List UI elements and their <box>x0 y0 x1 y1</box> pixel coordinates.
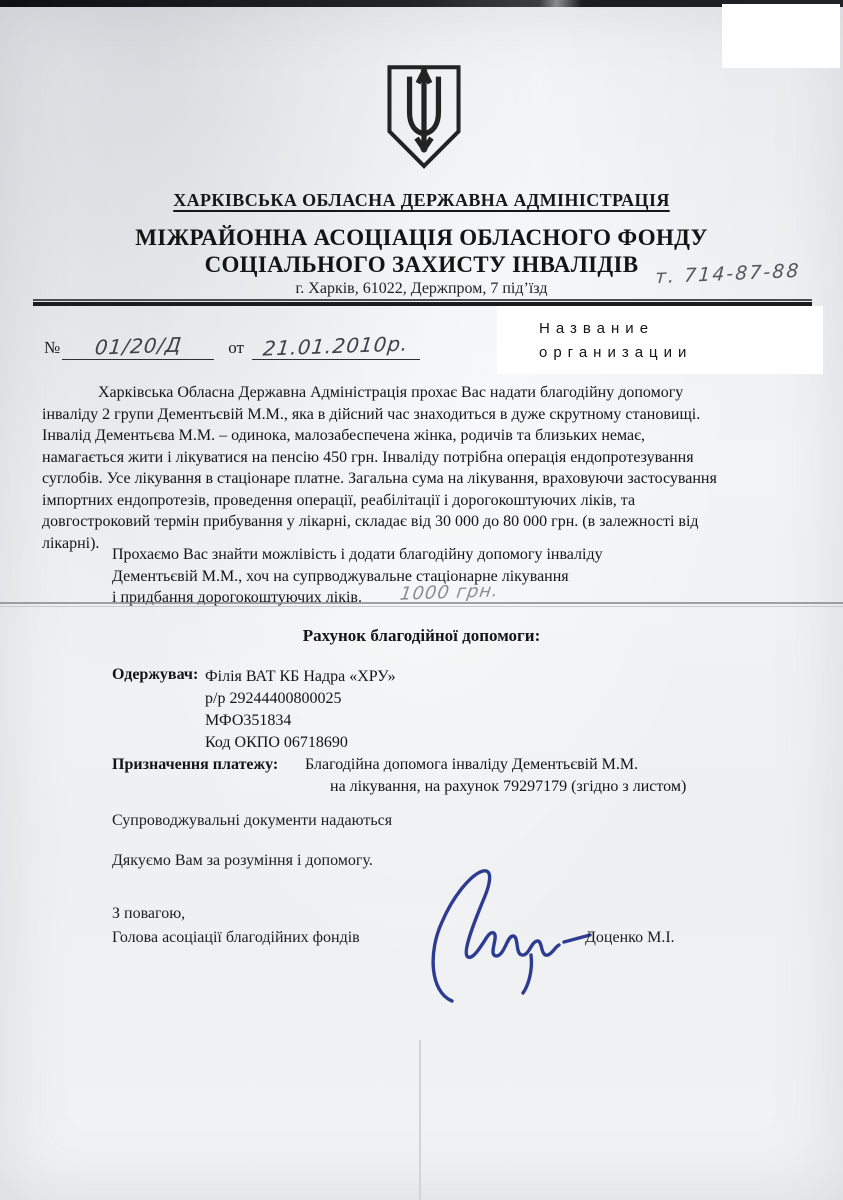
payment-purpose-line1: Благодійна допомога інваліду Дементьєвій… <box>305 756 638 774</box>
signer-title: Голова асоціації благодійних фондів <box>112 929 360 947</box>
association-name-line1: МІЖРАЙОННА АСОЦІАЦІЯ ОБЛАСНОГО ФОНДУ <box>0 225 843 251</box>
header-rule-thin <box>33 299 812 301</box>
scan-edge-band <box>0 0 843 7</box>
ink-signature-icon <box>412 866 597 1011</box>
fold-crease-vertical <box>419 1040 421 1200</box>
org-name-overlay-box: Название организации <box>497 306 823 374</box>
recipient-label: Одержувач: <box>112 666 198 684</box>
body-paragraph-1: Харківська Обласна Державна Адміністраці… <box>42 382 817 554</box>
org-overlay-line1: Название <box>539 317 823 341</box>
ukraine-trident-emblem-icon <box>383 64 465 170</box>
payment-purpose-line2: на лікування, на рахунок 79297179 (згідн… <box>330 778 686 796</box>
ref-number-label: № <box>44 338 60 360</box>
org-overlay-line2: организации <box>539 341 823 365</box>
ref-date-field: 21.01.2010р. <box>252 334 420 360</box>
signer-name: Доценко М.І. <box>585 929 675 947</box>
reference-line: № 01/20/Д от 21.01.2010р. <box>44 334 420 360</box>
closing-regards: З повагою, <box>112 905 185 923</box>
account-section-title: Рахунок благодійної допомоги: <box>0 626 843 646</box>
fold-crease-horizontal-echo <box>0 606 843 607</box>
accompanying-docs-note: Супроводжувальні документи надаються <box>112 812 392 830</box>
redaction-box-top-right <box>722 4 840 68</box>
ref-number-field: 01/20/Д <box>62 334 214 360</box>
fold-crease-horizontal <box>0 602 843 604</box>
ref-date-label: от <box>228 338 244 360</box>
handwritten-ref-number: 01/20/Д <box>93 332 182 359</box>
org-header-title: ХАРКІВСЬКА ОБЛАСНА ДЕРЖАВНА АДМІНІСТРАЦІ… <box>0 190 843 211</box>
scanned-letter-page: ХАРКІВСЬКА ОБЛАСНА ДЕРЖАВНА АДМІНІСТРАЦІ… <box>0 0 843 1200</box>
thanks-note: Дякуємо Вам за розуміння і допомогу. <box>112 852 373 870</box>
handwritten-ref-date: 21.01.2010р. <box>262 331 410 360</box>
recipient-details: Філія ВАТ КБ Надра «ХРУ» р/р 29244400800… <box>205 666 396 754</box>
payment-purpose-label: Призначення платежу: <box>112 756 278 774</box>
